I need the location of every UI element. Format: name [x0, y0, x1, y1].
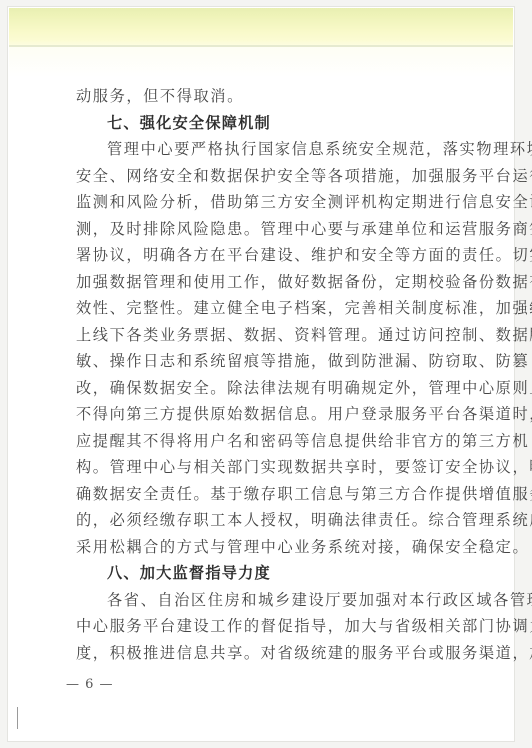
scan-header-band — [9, 8, 513, 45]
section-heading-8: 八、加大监督指导力度 — [76, 560, 464, 587]
text-line: 中心服务平台建设工作的督促指导，加大与省级相关部门协调力 — [76, 613, 464, 640]
text-line: 敏、操作日志和系统留痕等措施，做到防泄漏、防窃取、防篡 — [76, 348, 464, 375]
text-line: 确数据安全责任。基于缴存职工信息与第三方合作提供增值服务 — [76, 481, 464, 508]
text-line: 的，必须经缴存职工本人授权，明确法律责任。综合管理系统应 — [76, 507, 464, 534]
text-line: 署协议，明确各方在平台建设、维护和安全等方面的责任。切实 — [76, 242, 464, 269]
text-line: 上线下各类业务票据、数据、资料管理。通过访问控制、数据脱 — [76, 322, 464, 349]
text-line: 应提醒其不得将用户名和密码等信息提供给非官方的第三方机 — [76, 428, 464, 455]
document-page: 动服务，但不得取消。 七、强化安全保障机制 管理中心要严格执行国家信息系统安全规… — [7, 6, 515, 742]
paragraph-first-line: 管理中心要严格执行国家信息系统安全规范，落实物理环境 — [76, 136, 464, 163]
text-line: 采用松耦合的方式与管理中心业务系统对接，确保安全稳定。 — [76, 534, 464, 561]
text-line: 度，积极推进信息共享。对省级统建的服务平台或服务渠道，加 — [76, 640, 464, 667]
page-number: — 6 — — [66, 677, 114, 692]
text-line: 安全、网络安全和数据保护安全等各项措施，加强服务平台运行 — [76, 163, 464, 190]
text-line: 测，及时排除风险隐患。管理中心要与承建单位和运营服务商签 — [76, 216, 464, 243]
section-heading-7: 七、强化安全保障机制 — [76, 110, 464, 137]
text-line: 效性、完整性。建立健全电子档案，完善相关制度标准，加强线 — [76, 295, 464, 322]
scan-artifact-mark — [17, 707, 18, 729]
paragraph-first-line: 各省、自治区住房和城乡建设厅要加强对本行政区域各管理 — [76, 587, 464, 614]
text-line: 动服务，但不得取消。 — [76, 83, 464, 110]
document-body: 动服务，但不得取消。 七、强化安全保障机制 管理中心要严格执行国家信息系统安全规… — [76, 83, 464, 666]
text-line: 监测和风险分析，借助第三方安全测评机构定期进行信息安全评 — [76, 189, 464, 216]
text-line: 不得向第三方提供原始数据信息。用户登录服务平台各渠道时， — [76, 401, 464, 428]
text-line: 改，确保数据安全。除法律法规有明确规定外，管理中心原则上 — [76, 375, 464, 402]
text-line: 构。管理中心与相关部门实现数据共享时，要签订安全协议，明 — [76, 454, 464, 481]
header-fade — [9, 47, 513, 77]
text-line: 加强数据管理和使用工作，做好数据备份，定期校验备份数据有 — [76, 269, 464, 296]
